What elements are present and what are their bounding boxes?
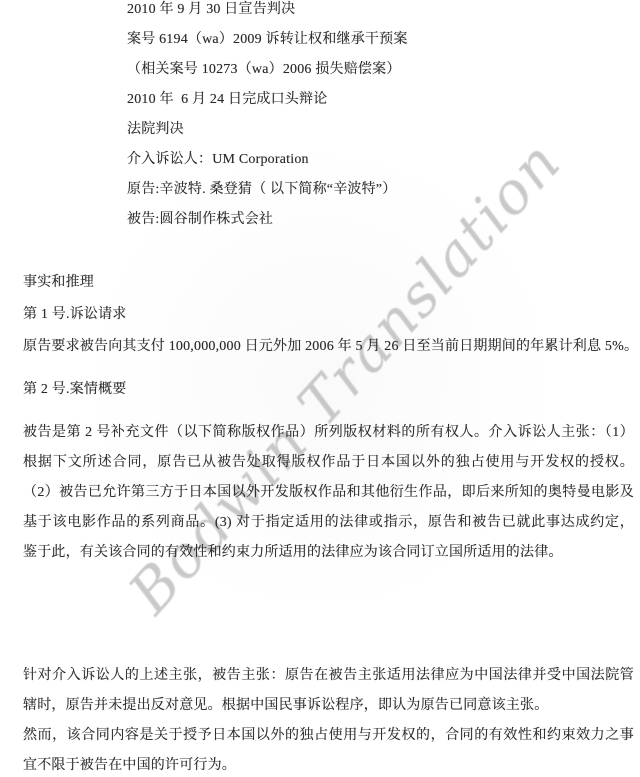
summary-line: （2）被告已允许第三方于日本国以外开发版权作品和其他衍生作品，即后来所知的奥特曼… xyxy=(23,478,634,508)
document-page: Bodwin Translation 2010 年 9 月 30 日宣告判决案号… xyxy=(0,0,640,777)
response-line: 辖时，原告并未提出反对意见。根据中国民事诉讼程序，即认为原告已同意该主张。 xyxy=(23,691,634,721)
claim-heading: 第 1 号.诉讼请求 xyxy=(23,300,634,330)
header-line: 介入诉讼人：UM Corporation xyxy=(127,145,627,175)
summary-line: 被告是第 2 号补充文件（以下简称版权作品）所列版权材料的所有权人。介入诉讼人主… xyxy=(23,418,634,448)
page-reference-line: 参阅第 29 页： xyxy=(23,568,634,598)
claim-text: 原告要求被告向其支付 100,000,000 日元外加 2006 年 5 月 2… xyxy=(23,332,634,362)
judgment-header-block: 2010 年 9 月 30 日宣告判决案号 6194（wa）2009 诉转让权和… xyxy=(127,0,627,235)
header-line: 原告:辛波特. 桑登猜（ 以下简称“辛波特”） xyxy=(127,175,627,205)
summary-line: 鉴于此，有关该合同的有效性和约束力所适用的法律应为该合同订立国所适用的法律。 xyxy=(23,538,634,568)
response-line: 针对介入诉讼人的上述主张，被告主张：原告在被告主张适用法律应为中国法律并受中国法… xyxy=(23,661,634,691)
header-line: （相关案号 10273（wa）2006 损失赔偿案） xyxy=(127,55,627,85)
summary-line: 基于该电影作品的系列商品。(3) 对于指定适用的法律或指示，原告和被告已就此事达… xyxy=(23,508,634,538)
header-line: 2010 年 9 月 30 日宣告判决 xyxy=(127,0,627,25)
summary-line: 根据下文所述合同，原告已从被告处取得版权作品于日本国以外的独占使用与开发权的授权… xyxy=(23,448,634,478)
defendant-response-paragraph: 针对介入诉讼人的上述主张，被告主张：原告在被告主张适用法律应为中国法律并受中国法… xyxy=(23,661,634,777)
header-line: 法院判决 xyxy=(127,115,627,145)
response-line: 然而，该合同内容是关于授予日本国以外的独占使用与开发权的，合同的有效性和约束效力… xyxy=(23,721,634,751)
header-line: 被告:圆谷制作株式会社 xyxy=(127,205,627,235)
header-line: 2010 年 6 月 24 日完成口头辩论 xyxy=(127,85,627,115)
summary-heading: 第 2 号.案情概要 xyxy=(23,375,634,405)
header-line: 案号 6194（wa）2009 诉转让权和继承干预案 xyxy=(127,25,627,55)
response-line: 宜不限于被告在中国的许可行为。 xyxy=(23,751,634,777)
summary-paragraph: 被告是第 2 号补充文件（以下简称版权作品）所列版权材料的所有权人。介入诉讼人主… xyxy=(23,418,634,568)
facts-heading: 事实和推理 xyxy=(23,268,634,298)
